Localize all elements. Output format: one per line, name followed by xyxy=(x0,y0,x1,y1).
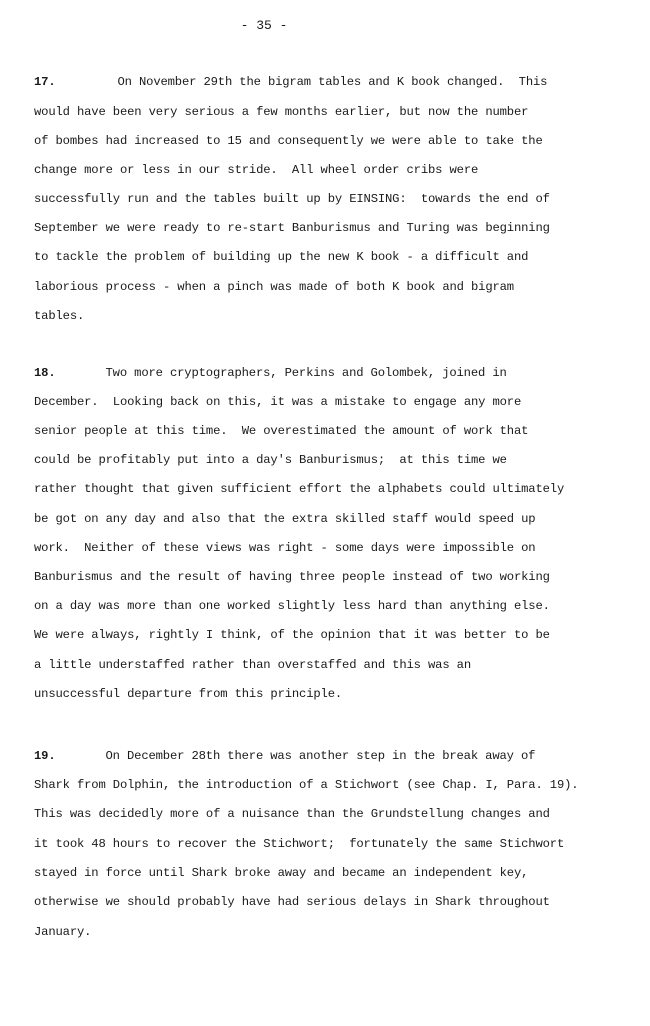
paragraph-number: 19. xyxy=(34,749,56,763)
paragraph-line: of bombes had increased to 15 and conseq… xyxy=(34,133,543,149)
paragraph-line: otherwise we should probably have had se… xyxy=(34,894,550,910)
paragraph-line: would have been very serious a few month… xyxy=(34,104,528,120)
paragraph-line: change more or less in our stride. All w… xyxy=(34,162,478,178)
page-number: - 35 - xyxy=(0,18,528,33)
paragraph-line: 18.Two more cryptographers, Perkins and … xyxy=(34,365,507,381)
paragraph-line: December. Looking back on this, it was a… xyxy=(34,394,521,410)
paragraph-line: laborious process - when a pinch was mad… xyxy=(34,279,514,295)
paragraph-line: January. xyxy=(34,924,91,940)
paragraph-line: on a day was more than one worked slight… xyxy=(34,598,550,614)
paragraph-line: unsuccessful departure from this princip… xyxy=(34,686,342,702)
paragraph-line: rather thought that given sufficient eff… xyxy=(34,481,564,497)
paragraph-number: 17. xyxy=(34,75,56,89)
paragraph-line: 17.On November 29th the bigram tables an… xyxy=(34,74,547,90)
paragraph-line: Shark from Dolphin, the introduction of … xyxy=(34,777,578,793)
paragraph-line: work. Neither of these views was right -… xyxy=(34,540,535,556)
paragraph-line: 19.On December 28th there was another st… xyxy=(34,748,535,764)
paragraph-line: stayed in force until Shark broke away a… xyxy=(34,865,528,881)
paragraph-number: 18. xyxy=(34,366,56,380)
paragraph-line: be got on any day and also that the extr… xyxy=(34,511,535,527)
paragraph-line: a little understaffed rather than overst… xyxy=(34,657,471,673)
paragraph-line: to tackle the problem of building up the… xyxy=(34,249,528,265)
paragraph-line: This was decidedly more of a nuisance th… xyxy=(34,806,550,822)
paragraph-line: could be profitably put into a day's Ban… xyxy=(34,452,507,468)
paragraph-line: tables. xyxy=(34,308,84,324)
paragraph-line: senior people at this time. We overestim… xyxy=(34,423,528,439)
paragraph-line: September we were ready to re-start Banb… xyxy=(34,220,550,236)
paragraph-line: successfully run and the tables built up… xyxy=(34,191,550,207)
paragraph-line: We were always, rightly I think, of the … xyxy=(34,627,550,643)
paragraph-line: it took 48 hours to recover the Stichwor… xyxy=(34,836,564,852)
paragraph-line: Banburismus and the result of having thr… xyxy=(34,569,550,585)
